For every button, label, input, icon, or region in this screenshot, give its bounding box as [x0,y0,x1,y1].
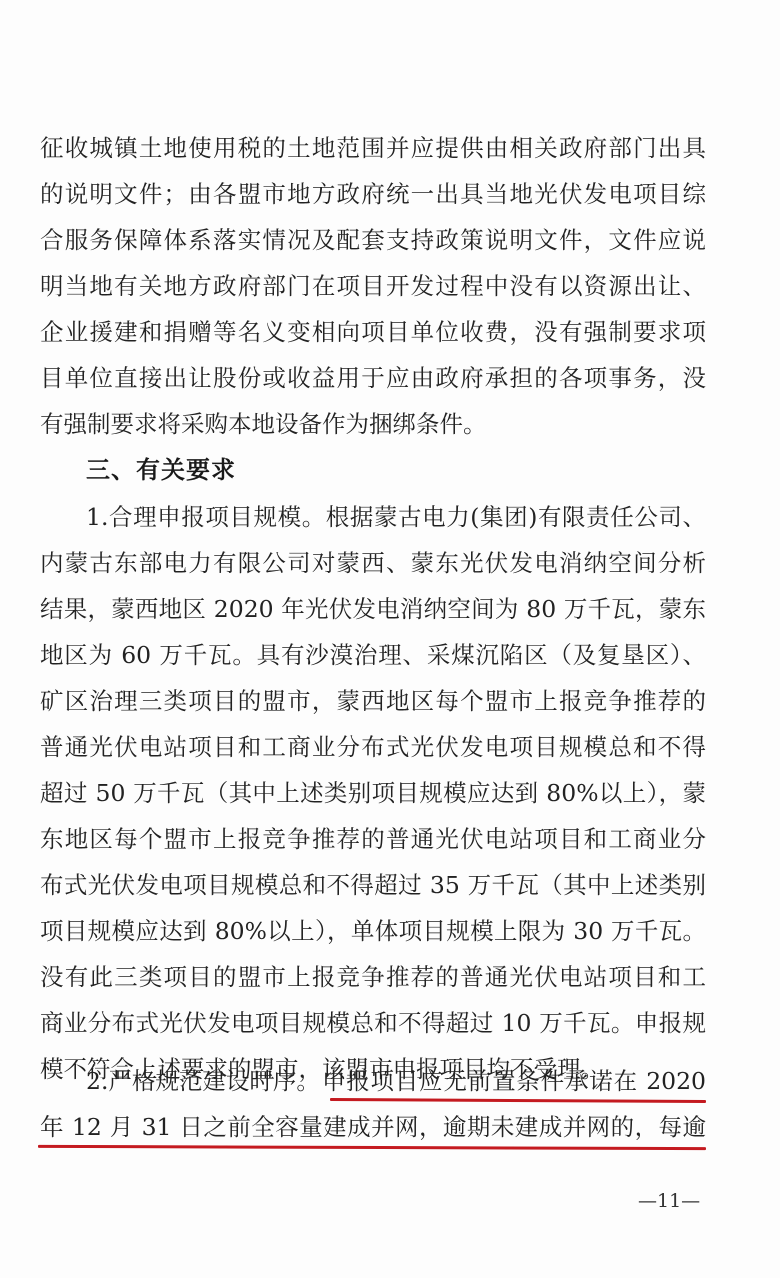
item1-line: 布式光伏发电项目规模总和不得超过 35 万千瓦（其中上述类别 [40,862,706,908]
item1-line: 商业分布式光伏发电项目规模总和不得超过 10 万千瓦。申报规 [40,1000,706,1046]
item1-line: 地区为 60 万千瓦。具有沙漠治理、采煤沉陷区（及复垦区）、 [40,632,706,678]
paragraph-line: 明当地有关地方政府部门在项目开发过程中没有以资源出让、 [40,263,706,309]
item1-line: 项目规模应达到 80%以上），单体项目规模上限为 30 万千瓦。 [40,908,706,954]
item1-line: 东地区每个盟市上报竞争推荐的普通光伏电站项目和工商业分 [40,816,706,862]
page-number: —11— [638,1190,700,1212]
document-page: 征收城镇土地使用税的土地范围并应提供由相关政府部门出具 的说明文件；由各盟市地方… [0,0,780,1278]
paragraph-line: 的说明文件；由各盟市地方政府统一出具当地光伏发电项目综 [40,171,706,217]
item2-title: 2.严格规范建设时序。 [86,1058,320,1104]
paragraph-line: 企业援建和捐赠等名义变相向项目单位收费，没有强制要求项 [40,309,706,355]
paragraph-line: 目单位直接出让股份或收益用于应由政府承担的各项事务，没 [40,355,706,401]
item1-line: 矿区治理三类项目的盟市，蒙西地区每个盟市上报竞争推荐的 [40,678,706,724]
item1-line: 1.合理申报项目规模。根据蒙古电力(集团)有限责任公司、 [86,494,706,540]
paragraph-line: 有强制要求将采购本地设备作为捆绑条件。 [40,401,706,447]
item1-line: 内蒙古东部电力有限公司对蒙西、蒙东光伏发电消纳空间分析 [40,540,706,586]
section-heading: 三、有关要求 [86,447,236,493]
paragraph-line: 合服务保障体系落实情况及配套支持政策说明文件，文件应说 [40,217,706,263]
paragraph-line: 征收城镇土地使用税的土地范围并应提供由相关政府部门出具 [40,125,706,171]
item1-line: 没有此三类项目的盟市上报竞争推荐的普通光伏电站项目和工 [40,954,706,1000]
item2-highlighted-text: 申报项目应无前置条件承诺在 2020 [322,1058,706,1104]
item1-line: 结果，蒙西地区 2020 年光伏发电消纳空间为 80 万千瓦，蒙东 [40,586,706,632]
item1-line: 普通光伏电站项目和工商业分布式光伏发电项目规模总和不得 [40,724,706,770]
item2-line: 年 12 月 31 日之前全容量建成并网，逾期未建成并网的，每逾 [40,1104,706,1150]
item1-line: 超过 50 万千瓦（其中上述类别项目规模应达到 80%以上），蒙 [40,770,706,816]
item2-line: 2.严格规范建设时序。 申报项目应无前置条件承诺在 2020 [86,1058,706,1104]
